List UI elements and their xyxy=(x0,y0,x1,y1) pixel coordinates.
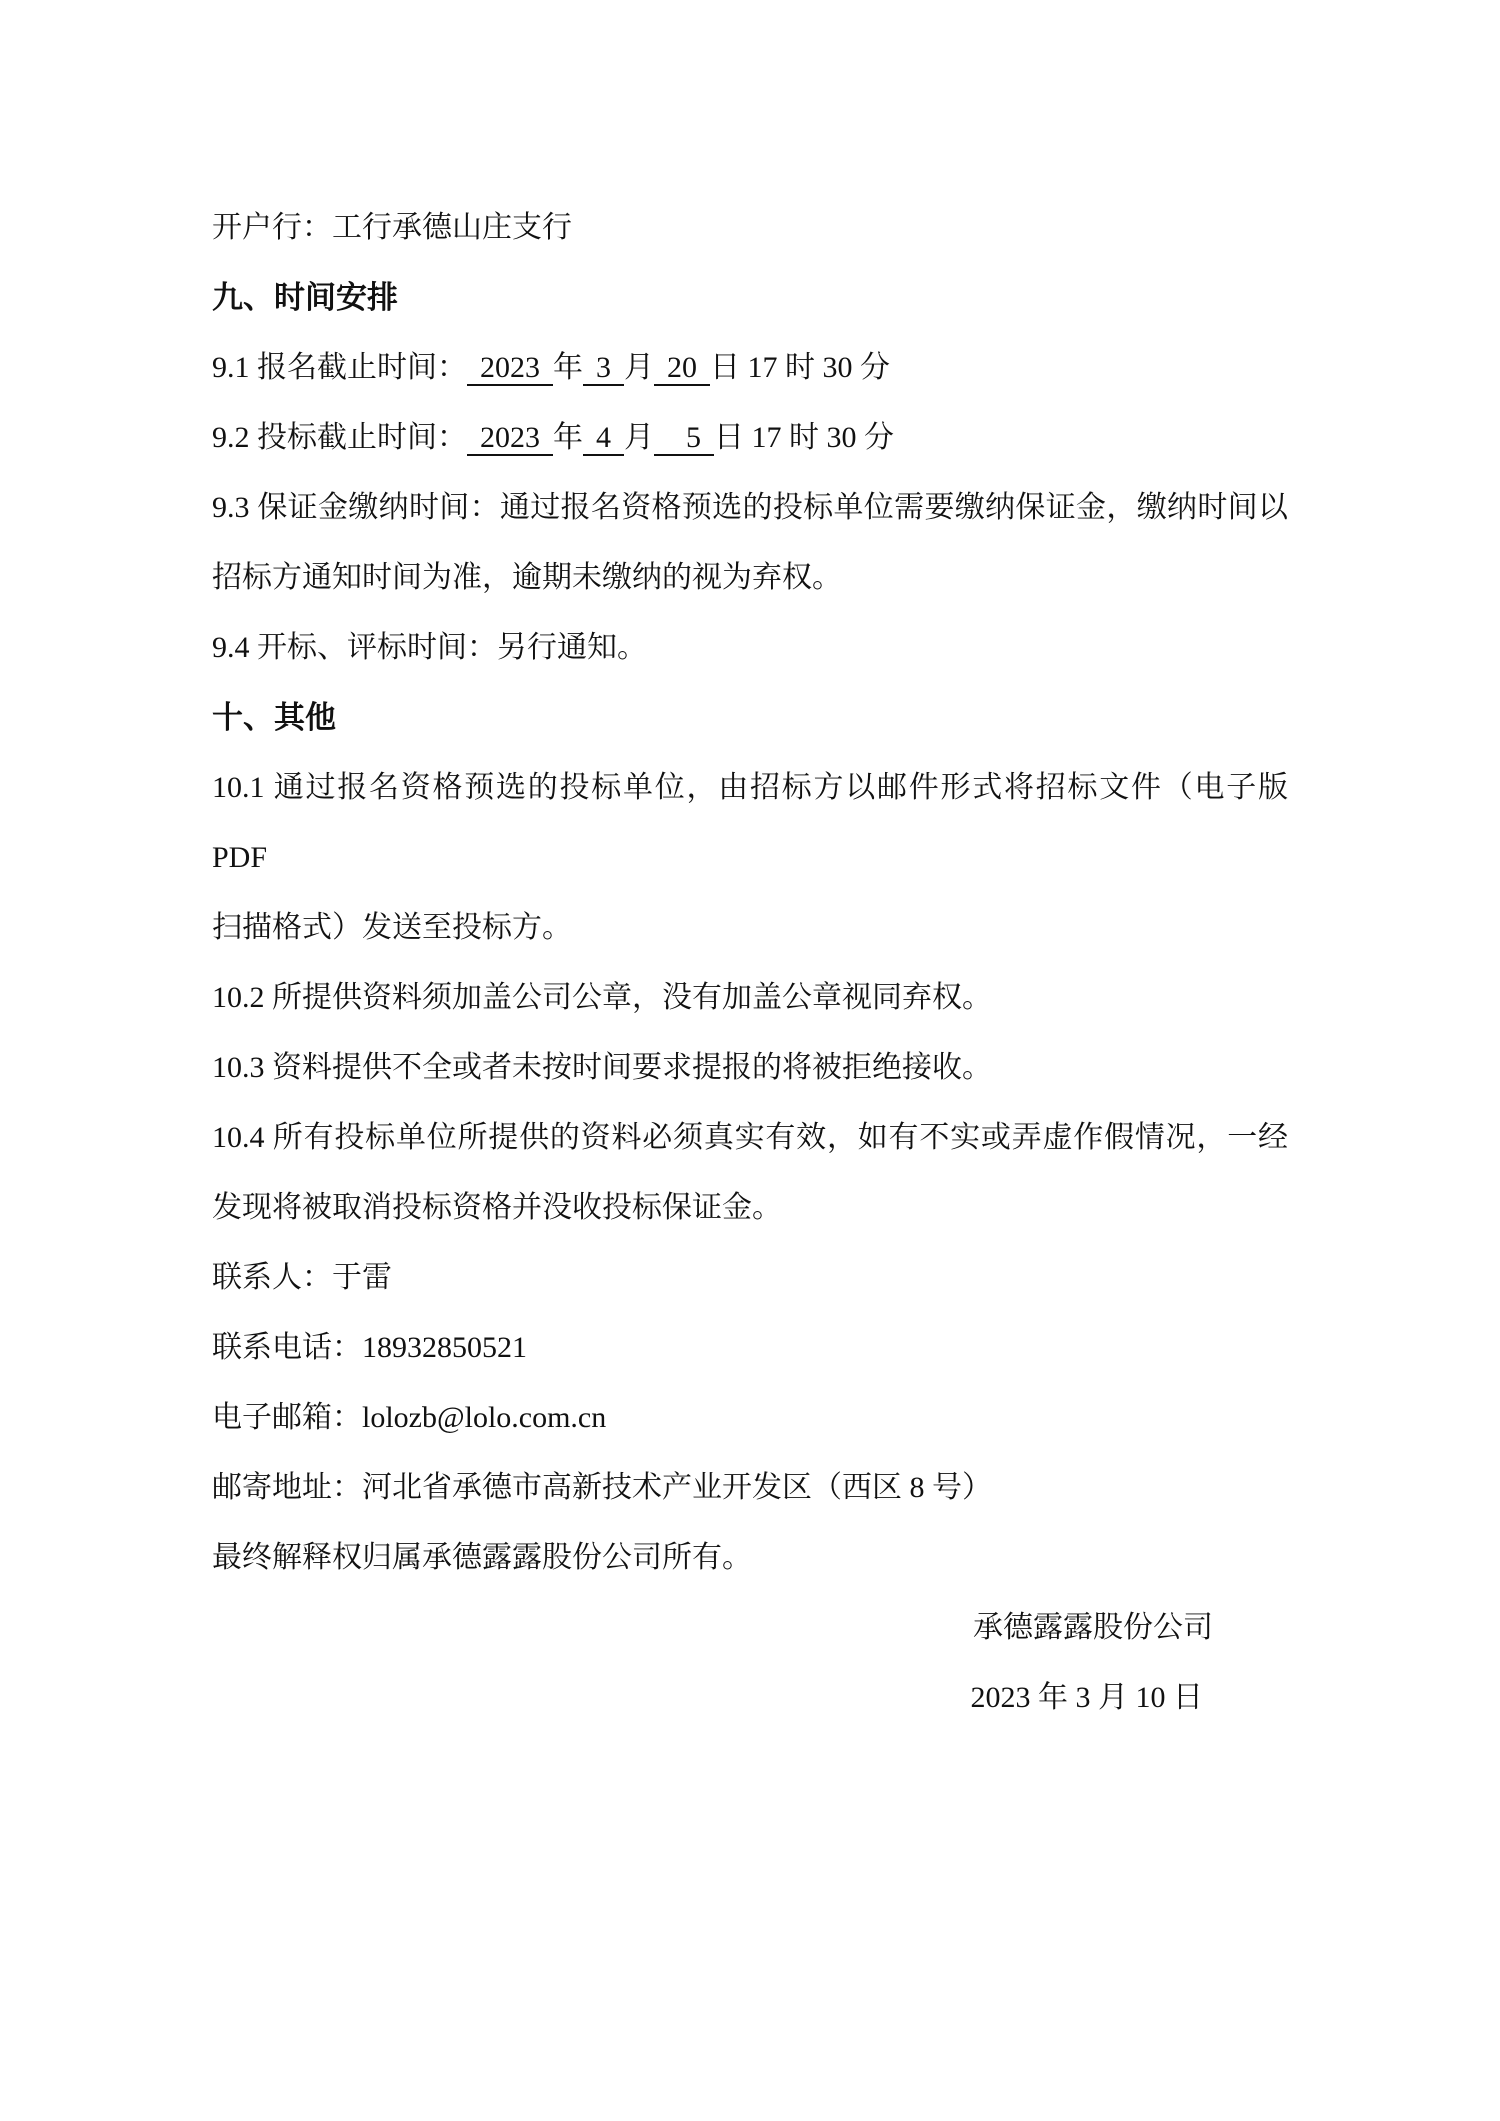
contact-person-line: 联系人：于雷 xyxy=(212,1243,1288,1313)
contact-email-line: 电子邮箱：lolozb@lolo.com.cn xyxy=(212,1383,1288,1453)
item-10-1-line-1: 10.1 通过报名资格预选的投标单位，由招标方以邮件形式将招标文件（电子版 PD… xyxy=(212,753,1288,893)
contact-phone-line: 联系电话：18932850521 xyxy=(212,1313,1288,1383)
contact-address-line: 邮寄地址：河北省承德市高新技术产业开发区（西区 8 号） xyxy=(212,1453,1288,1523)
signature-company-line: 承德露露股份公司 xyxy=(212,1593,1288,1663)
bid-month-blank: 4 xyxy=(583,421,624,456)
registration-deadline-time: 日 17 时 30 分 xyxy=(710,351,890,384)
bid-day-blank: 5 xyxy=(654,421,714,456)
bid-month-unit: 月 xyxy=(624,421,654,454)
signature-date-line: 2023 年 3 月 10 日 xyxy=(212,1663,1288,1733)
registration-deadline-line: 9.1 报名截止时间：2023年3月20日 17 时 30 分 xyxy=(212,333,1288,403)
bid-deadline-time: 日 17 时 30 分 xyxy=(714,421,894,454)
item-10-4-line-1: 10.4 所有投标单位所提供的资料必须真实有效，如有不实或弄虚作假情况，一经 xyxy=(212,1103,1288,1173)
bid-opening-line: 9.4 开标、评标时间：另行通知。 xyxy=(212,613,1288,683)
item-10-3-line: 10.3 资料提供不全或者未按时间要求提报的将被拒绝接收。 xyxy=(212,1033,1288,1103)
bid-year-unit: 年 xyxy=(553,421,583,454)
registration-year-unit: 年 xyxy=(553,351,583,384)
bid-year-blank: 2023 xyxy=(467,421,553,456)
document-content: 开户行：工行承德山庄支行 九、时间安排 9.1 报名截止时间：2023年3月20… xyxy=(0,0,1500,1733)
item-10-4-line-2: 发现将被取消投标资格并没收投标保证金。 xyxy=(212,1173,1288,1243)
bid-deadline-label: 9.2 投标截止时间： xyxy=(212,421,467,454)
document-page: 开户行：工行承德山庄支行 九、时间安排 9.1 报名截止时间：2023年3月20… xyxy=(0,0,1500,2121)
registration-month-unit: 月 xyxy=(624,351,654,384)
registration-year-blank: 2023 xyxy=(467,351,553,386)
section-10-heading: 十、其他 xyxy=(212,683,1288,753)
bid-deadline-line: 9.2 投标截止时间：2023年4月5日 17 时 30 分 xyxy=(212,403,1288,473)
bank-account-line: 开户行：工行承德山庄支行 xyxy=(212,193,1288,263)
deposit-time-line-2: 招标方通知时间为准，逾期未缴纳的视为弃权。 xyxy=(212,543,1288,613)
item-10-1-line-2: 扫描格式）发送至投标方。 xyxy=(212,893,1288,963)
registration-month-blank: 3 xyxy=(583,351,624,386)
deposit-time-line-1: 9.3 保证金缴纳时间：通过报名资格预选的投标单位需要缴纳保证金，缴纳时间以 xyxy=(212,473,1288,543)
section-9-heading: 九、时间安排 xyxy=(212,263,1288,333)
disclaimer-line: 最终解释权归属承德露露股份公司所有。 xyxy=(212,1523,1288,1593)
registration-day-blank: 20 xyxy=(654,351,710,386)
item-10-2-line: 10.2 所提供资料须加盖公司公章，没有加盖公章视同弃权。 xyxy=(212,963,1288,1033)
registration-deadline-label: 9.1 报名截止时间： xyxy=(212,351,467,384)
